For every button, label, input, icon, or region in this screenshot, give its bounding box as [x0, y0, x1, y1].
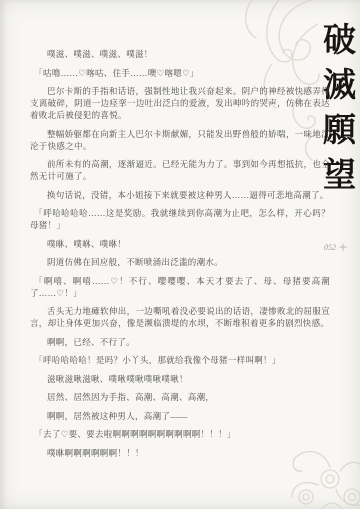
paragraph: 啊啊，居然被这种男人，高潮了——	[30, 410, 330, 422]
paragraph: 「呼哈哈哈哈……这是奖励。我就继续到你高潮为止吧，怎么样，开心吗？母猪！」	[30, 207, 330, 231]
paragraph: 「去了♡要、要去啦啊啊啊啊啊啊啊啊啊啊！！！」	[30, 428, 330, 440]
paragraph: 换句话说，没错，本小姐接下来就要被这种男人……逼得可悲地高潮了。	[30, 189, 330, 201]
paragraph: 居然、居然因为手指、高潮、高潮、高潮，	[30, 391, 330, 403]
paragraph: 噗滋、噗滋、噗滋、噗滋！	[30, 48, 330, 60]
paragraph: 噗咻啊啊啊啊啊啊！！！	[30, 447, 330, 459]
sparkle-icon	[338, 242, 348, 252]
paragraph: 舌头无力地瘫软伸出，一边嘶吼着没必要说出的话语，凄惨败北的屈服宣言，却让身体更加…	[30, 305, 330, 329]
paragraph: 「啊嘻、啊嘻……♡！不行、嘤嘤嘤、本天才要去了、母、母猪要高潮了……♡！」	[30, 275, 330, 299]
paragraph: 整幅娇躯都在向新主人巴尔卡斯献媚，只能发出野兽般的娇喘，一味地沉沦于快感之中。	[30, 128, 330, 152]
book-page: 破滅願望 052 噗滋、噗滋、噗滋、噗滋！ 「咕噜……♡喀咕、住手……噢♡喀嗯♡…	[0, 0, 360, 509]
paragraph: 噗咻、噗咻、噗咻！	[30, 238, 330, 250]
paragraph: 「咕噜……♡喀咕、住手……噢♡喀嗯♡」	[30, 67, 330, 79]
paragraph: 啊啊，已经、不行了。	[30, 336, 330, 348]
paragraph: 「呼哈哈哈哈！是吗？小丫头，那就给我像个母猪一样叫啊！」	[30, 354, 330, 366]
text-column: 噗滋、噗滋、噗滋、噗滋！ 「咕噜……♡喀咕、住手……噢♡喀嗯♡」 巴尔卡斯的手指…	[30, 48, 330, 465]
paragraph: 巴尔卡斯的手指和话语，强制性地让我兴奋起来。阴户的神经被快感弄得支离破碎，阴道一…	[30, 85, 330, 121]
paragraph: 阴道仿佛在回应般，不断喷涌出泛滥的潮水。	[30, 256, 330, 268]
paragraph: 滋啾滋啾滋啾、噗啾噗啾噗啾噗啾！	[30, 373, 330, 385]
paragraph: 前所未有的高潮，逐渐逼近。已经无能为力了。事到如今再想抵抗，也全然无计可施了。	[30, 158, 330, 182]
